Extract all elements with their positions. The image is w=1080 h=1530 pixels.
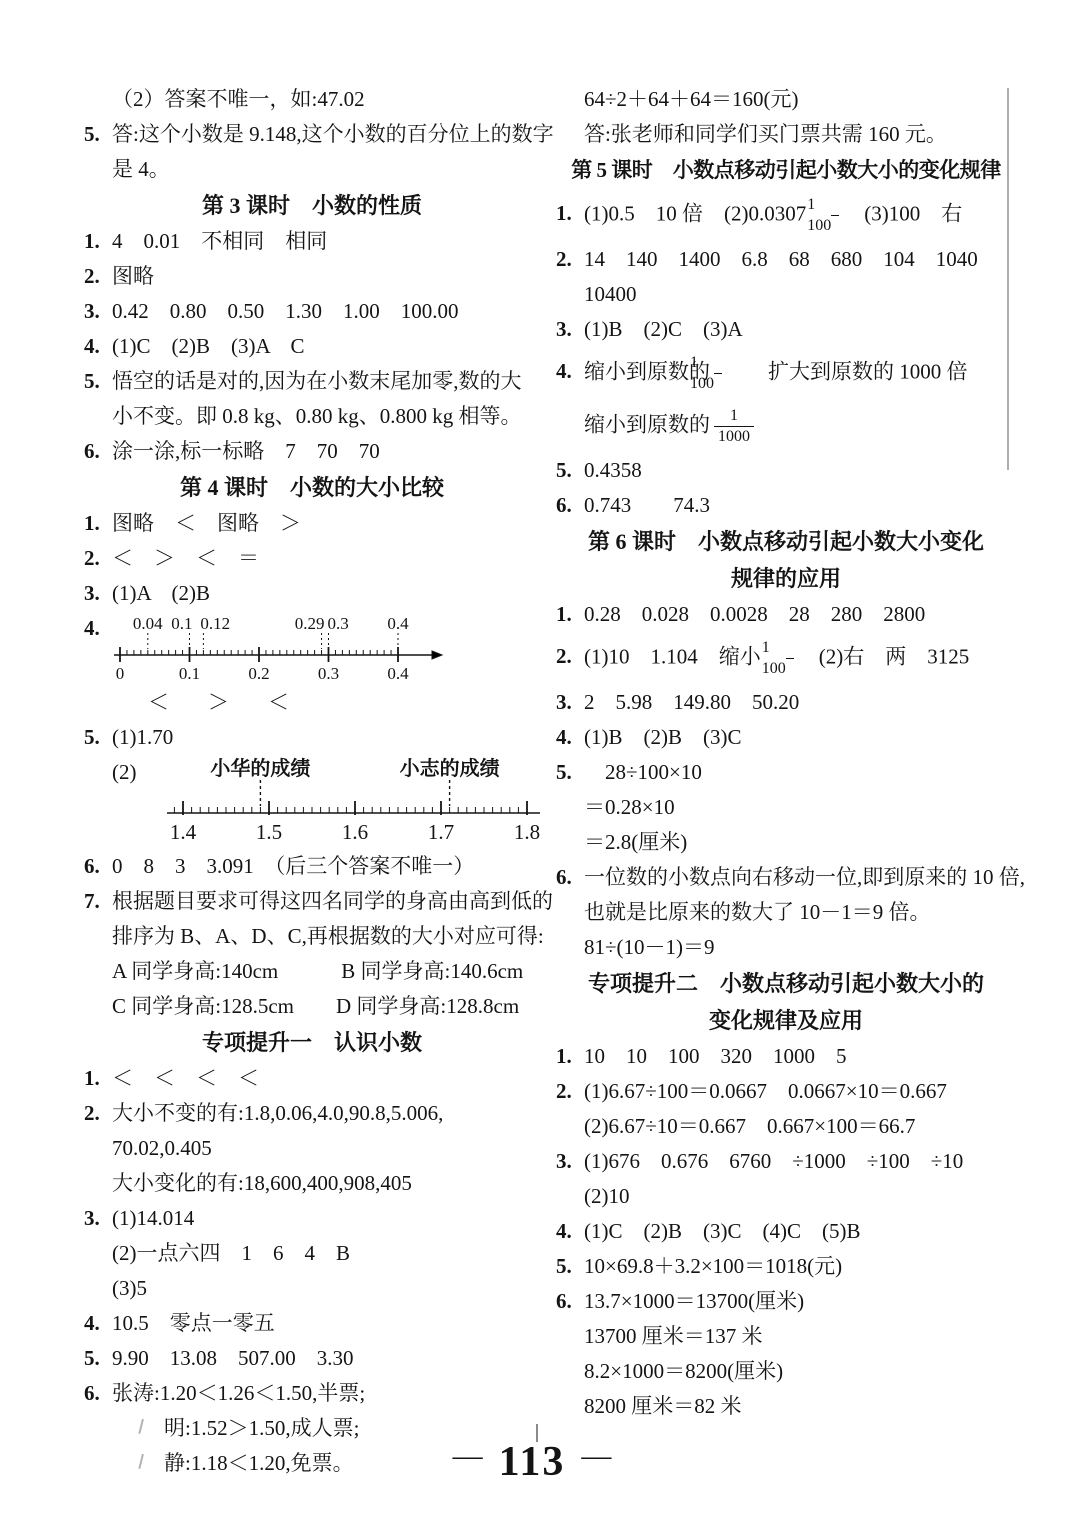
answer-text: C 同学身高:128.5cm D 同学身高:128.8cm bbox=[112, 994, 519, 1018]
answer-line: 排序为 B、A、D、C,再根据数的大小对应可得: bbox=[84, 919, 540, 954]
answer-text: 排序为 B、A、D、C,再根据数的大小对应可得: bbox=[112, 924, 544, 948]
answer-line: (3)5 bbox=[84, 1271, 540, 1306]
answer-line: 5.10×69.8＋3.2×100＝1018(元) bbox=[556, 1249, 1016, 1284]
answer-text: 81÷(10－1)＝9 bbox=[584, 935, 715, 959]
svg-text:小志的成绩: 小志的成绩 bbox=[399, 756, 499, 780]
answer-text: (1)1.70 bbox=[112, 725, 173, 749]
number-line-item: 4.00.10.20.30.40.040.10.120.290.30.4 bbox=[84, 611, 540, 685]
answer-line: 3.(1)A (2)B bbox=[84, 576, 540, 611]
answer-text: 10400 bbox=[584, 282, 637, 306]
item-number: 3. bbox=[84, 576, 112, 611]
svg-text:1.4: 1.4 bbox=[170, 820, 197, 844]
item-number: 5. bbox=[556, 453, 584, 488]
answer-text: 8200 厘米＝82 米 bbox=[584, 1394, 742, 1418]
item-number: 2. bbox=[556, 1074, 584, 1109]
svg-text:0.1: 0.1 bbox=[171, 614, 192, 633]
answer-line: 4.缩小到原数的1100 扩大到原数的 1000 倍 bbox=[556, 347, 1016, 400]
answer-line: ＜ ＞ ＜ bbox=[84, 685, 540, 720]
item-number: 1. bbox=[84, 224, 112, 259]
fraction-numerator: 1 bbox=[730, 406, 738, 426]
answer-text: 70.02,0.405 bbox=[112, 1136, 212, 1160]
answer-line: 4.(1)B (2)B (3)C bbox=[556, 720, 1016, 755]
svg-text:1.6: 1.6 bbox=[342, 820, 368, 844]
item-number: 2. bbox=[84, 541, 112, 576]
answer-text: 13.7×1000＝13700(厘米) bbox=[584, 1289, 804, 1313]
answer-text: (1)676 0.676 6760 ÷1000 ÷100 ÷10 bbox=[584, 1149, 963, 1173]
answer-text: 64÷2＋64＋64＝160(元) bbox=[584, 87, 799, 111]
answer-line: (2)6.67÷10＝0.667 0.667×100＝66.7 bbox=[556, 1109, 1016, 1144]
svg-text:小华的成绩: 小华的成绩 bbox=[210, 756, 310, 780]
answer-line: 8.2×1000＝8200(厘米) bbox=[556, 1354, 1016, 1389]
answer-text: (1)0.5 10 倍 (2)0.0307 bbox=[584, 201, 827, 225]
item-number: 5. bbox=[556, 755, 584, 790]
item-number: 2. bbox=[84, 1096, 112, 1131]
answer-line: 4.(1)C (2)B (3)C (4)C (5)B bbox=[556, 1214, 1016, 1249]
svg-text:0.04: 0.04 bbox=[133, 614, 163, 633]
section-header: 专项提升二 小数点移动引起小数大小的 bbox=[556, 965, 1016, 1002]
item-number: 2. bbox=[556, 242, 584, 277]
svg-text:0.2: 0.2 bbox=[248, 664, 269, 683]
answer-text: (2)10 bbox=[584, 1184, 630, 1208]
item-number: 4. bbox=[84, 329, 112, 364]
footer-dash-right: — bbox=[581, 1439, 611, 1472]
answer-text: (2)6.67÷10＝0.667 0.667×100＝66.7 bbox=[584, 1114, 915, 1138]
item-number: 3. bbox=[556, 312, 584, 347]
answer-line: 缩小到原数的11000 bbox=[556, 400, 1016, 453]
answer-line: 答:张老师和同学们买门票共需 160 元。 bbox=[556, 117, 1016, 152]
answer-text: (1)C (2)B (3)A C bbox=[112, 334, 305, 358]
answer-line: 1.图略 ＜ 图略 ＞ bbox=[84, 506, 540, 541]
answer-line: 2.＜ ＞ ＜ ＝ bbox=[84, 541, 540, 576]
answer-line: ＝0.28×10 bbox=[556, 790, 1016, 825]
answer-text: (3)5 bbox=[112, 1276, 147, 1300]
answer-line: 1.10 10 100 320 1000 5 bbox=[556, 1039, 1016, 1074]
answer-text: (1)C (2)B (3)C (4)C (5)B bbox=[584, 1219, 860, 1243]
answer-text: 缩小到原数的 bbox=[584, 412, 710, 436]
item-number: 1. bbox=[556, 597, 584, 632]
item-number: 4. bbox=[84, 611, 110, 646]
answer-text: 0.4358 bbox=[584, 458, 642, 482]
section-header: 第 6 课时 小数点移动引起小数大小变化 bbox=[556, 523, 1016, 560]
section-header: 第 4 课时 小数的大小比较 bbox=[84, 469, 540, 506]
answer-text: 图略 bbox=[112, 264, 154, 288]
svg-text:1.7: 1.7 bbox=[428, 820, 454, 844]
item-number: 4. bbox=[556, 1214, 584, 1249]
item-number: 1. bbox=[84, 506, 112, 541]
answer-text: 一位数的小数点向右移动一位,即到原来的 10 倍, bbox=[584, 865, 1025, 889]
answer-line: (2)一点六四 1 6 4 B bbox=[84, 1236, 540, 1271]
answer-line: 2.大小不变的有:1.8,0.06,4.0,90.8,5.006, bbox=[84, 1096, 540, 1131]
answer-text: 0 8 3 3.091 （后三个答案不唯一） bbox=[112, 854, 474, 878]
answer-line: 3.0.42 0.80 0.50 1.30 1.00 100.00 bbox=[84, 294, 540, 329]
number-line-item: (2)1.41.51.61.71.8小华的成绩小志的成绩 bbox=[84, 755, 540, 849]
answer-line: 10400 bbox=[556, 277, 1016, 312]
item-number: 5. bbox=[84, 720, 112, 755]
item-number: 6. bbox=[556, 1284, 584, 1319]
answer-text: 4 0.01 不相同 相同 bbox=[112, 229, 327, 253]
answer-line: 3.(1)14.014 bbox=[84, 1201, 540, 1236]
item-number: 2. bbox=[556, 639, 584, 674]
fraction-denominator: 100 bbox=[714, 373, 722, 394]
answer-text: ＜ ＞ ＜ bbox=[148, 690, 298, 714]
svg-text:0.4: 0.4 bbox=[387, 664, 409, 683]
answer-line: 2.(1)6.67÷100＝0.0667 0.0667×10＝0.667 bbox=[556, 1074, 1016, 1109]
item-number: 5. bbox=[84, 117, 112, 152]
fraction: 1100 bbox=[786, 638, 794, 679]
answer-line: 4.(1)C (2)B (3)A C bbox=[84, 329, 540, 364]
fraction-denominator: 100 bbox=[831, 215, 839, 236]
answer-line: 6.0.743 74.3 bbox=[556, 488, 1016, 523]
answer-text: 答:张老师和同学们买门票共需 160 元。 bbox=[584, 122, 947, 146]
answer-text: 明:1.52＞1.50,成人票; bbox=[164, 1416, 359, 1440]
answer-line: 2.(1)10 1.104 缩小 1100 (2)右 两 3125 bbox=[556, 632, 1016, 685]
item-number: 4. bbox=[556, 354, 584, 389]
answer-line: 4.10.5 零点一零五 bbox=[84, 1306, 540, 1341]
item-number: 7. bbox=[84, 884, 112, 919]
answer-line: 3.(1)B (2)C (3)A bbox=[556, 312, 1016, 347]
answer-line: 5.0.4358 bbox=[556, 453, 1016, 488]
answer-line: 1.(1)0.5 10 倍 (2)0.0307 1100 (3)100 右 bbox=[556, 189, 1016, 242]
answer-text: 根据题目要求可得这四名同学的身高由高到低的 bbox=[112, 889, 553, 913]
item-number: 6. bbox=[84, 1376, 112, 1411]
answer-line: 5.答:这个小数是 9.148,这个小数的百分位上的数字 bbox=[84, 117, 540, 152]
number-line-scores: 1.41.51.61.71.8小华的成绩小志的成绩 bbox=[161, 755, 540, 849]
section-header: 第 5 课时 小数点移动引起小数大小的变化规律 bbox=[556, 152, 1016, 189]
item-number: 3. bbox=[556, 1144, 584, 1179]
answer-text: ＝2.8(厘米) bbox=[584, 830, 687, 854]
item-number: 5. bbox=[84, 364, 112, 399]
answer-text: 大小变化的有:18,600,400,908,405 bbox=[112, 1171, 412, 1195]
answer-line: 1.4 0.01 不相同 相同 bbox=[84, 224, 540, 259]
item-number: 3. bbox=[84, 1201, 112, 1236]
answer-text: ＜ ＞ ＜ ＝ bbox=[112, 546, 259, 570]
answer-text: 图略 ＜ 图略 ＞ bbox=[112, 511, 301, 535]
answer-line: 6.0 8 3 3.091 （后三个答案不唯一） bbox=[84, 849, 540, 884]
answer-text: (1)B (2)C (3)A bbox=[584, 317, 743, 341]
answer-text: ＝0.28×10 bbox=[584, 795, 675, 819]
svg-text:0.4: 0.4 bbox=[387, 614, 409, 633]
svg-text:0: 0 bbox=[116, 664, 125, 683]
answer-text: 0.42 0.80 0.50 1.30 1.00 100.00 bbox=[112, 299, 459, 323]
fraction: 1100 bbox=[714, 353, 722, 394]
stray-scan-mark bbox=[138, 1419, 152, 1436]
answer-text: 答:这个小数是 9.148,这个小数的百分位上的数字 bbox=[112, 122, 554, 146]
item-number: 6. bbox=[84, 434, 112, 469]
answer-line: 5.(1)1.70 bbox=[84, 720, 540, 755]
answers-column-left: （2）答案不唯一，如:47.025.答:这个小数是 9.148,这个小数的百分位… bbox=[84, 82, 540, 1481]
footer-dash-left: — bbox=[453, 1439, 483, 1472]
svg-text:0.1: 0.1 bbox=[179, 664, 200, 683]
answer-line: 8200 厘米＝82 米 bbox=[556, 1389, 1016, 1424]
svg-text:1.5: 1.5 bbox=[256, 820, 282, 844]
answers-column-right: 64÷2＋64＋64＝160(元)答:张老师和同学们买门票共需 160 元。第 … bbox=[556, 82, 1016, 1424]
fraction: 11000 bbox=[714, 406, 754, 447]
answer-text: 涂一涂,标一标略 7 70 70 bbox=[112, 439, 380, 463]
scan-artifact-line bbox=[1007, 88, 1009, 470]
answer-text: (1)B (2)B (3)C bbox=[584, 725, 741, 749]
answer-line: 1.0.28 0.028 0.0028 28 280 2800 bbox=[556, 597, 1016, 632]
answer-text: 小不变。即 0.8 kg、0.80 kg、0.800 kg 相等。 bbox=[112, 404, 522, 428]
answer-line: （2）答案不唯一，如:47.02 bbox=[84, 82, 540, 117]
answer-line: 3.(1)676 0.676 6760 ÷1000 ÷100 ÷10 bbox=[556, 1144, 1016, 1179]
answer-text: (1)14.014 bbox=[112, 1206, 194, 1230]
section-header: 规律的应用 bbox=[556, 560, 1016, 597]
answer-line: A 同学身高:140cm B 同学身高:140.6cm bbox=[84, 954, 540, 989]
section-header: 变化规律及应用 bbox=[556, 1002, 1016, 1039]
answer-text: (2)右 两 3125 bbox=[798, 644, 970, 668]
answer-line: 6.涂一涂,标一标略 7 70 70 bbox=[84, 434, 540, 469]
section-header: 专项提升一 认识小数 bbox=[84, 1024, 540, 1061]
svg-text:0.29: 0.29 bbox=[295, 614, 325, 633]
answer-line: 5.9.90 13.08 507.00 3.30 bbox=[84, 1341, 540, 1376]
page-footer: —113— bbox=[0, 1438, 1072, 1486]
item-number: 1. bbox=[556, 196, 584, 231]
answer-line: (2)10 bbox=[556, 1179, 1016, 1214]
answer-line: 70.02,0.405 bbox=[84, 1131, 540, 1166]
answer-line: 81÷(10－1)＝9 bbox=[556, 930, 1016, 965]
item-number: 2. bbox=[84, 259, 112, 294]
item-number: 5. bbox=[556, 1249, 584, 1284]
fraction-denominator: 1000 bbox=[714, 426, 754, 447]
answer-text: 是 4。 bbox=[112, 157, 170, 181]
answer-line: 13700 厘米＝137 米 bbox=[556, 1319, 1016, 1354]
item-number: 6. bbox=[84, 849, 112, 884]
item-number: 1. bbox=[556, 1039, 584, 1074]
answer-line: 5.悟空的话是对的,因为在小数末尾加零,数的大 bbox=[84, 364, 540, 399]
answer-text: 8.2×1000＝8200(厘米) bbox=[584, 1359, 783, 1383]
section-header: 第 3 课时 小数的性质 bbox=[84, 187, 540, 224]
answer-text: 扩大到原数的 1000 倍 bbox=[726, 359, 968, 383]
answer-text: 10×69.8＋3.2×100＝1018(元) bbox=[584, 1254, 842, 1278]
number-line-0-to-0.4: 00.10.20.30.40.040.10.120.290.30.4 bbox=[110, 611, 450, 685]
answer-text: 0.743 74.3 bbox=[584, 493, 710, 517]
item-number: 1. bbox=[84, 1061, 112, 1096]
answer-line: 6.13.7×1000＝13700(厘米) bbox=[556, 1284, 1016, 1319]
answer-line: ＝2.8(厘米) bbox=[556, 825, 1016, 860]
answer-text: 10.5 零点一零五 bbox=[112, 1311, 275, 1335]
answer-text: 10 10 100 320 1000 5 bbox=[584, 1044, 847, 1068]
answer-text: 28÷100×10 bbox=[584, 760, 702, 784]
answer-text: (2)一点六四 1 6 4 B bbox=[112, 1241, 350, 1265]
answer-text: 张涛:1.20＜1.26＜1.50,半票; bbox=[112, 1381, 365, 1405]
answer-line: 1.＜ ＜ ＜ ＜ bbox=[84, 1061, 540, 1096]
page-number: 113 bbox=[499, 1439, 566, 1485]
item-number: 4. bbox=[84, 1306, 112, 1341]
answer-text: （2）答案不唯一，如:47.02 bbox=[112, 87, 365, 111]
answer-line: 6.一位数的小数点向右移动一位,即到原来的 10 倍, bbox=[556, 860, 1016, 895]
fraction: 1100 bbox=[831, 195, 839, 236]
answer-line: C 同学身高:128.5cm D 同学身高:128.8cm bbox=[84, 989, 540, 1024]
answer-text: (1)A (2)B bbox=[112, 581, 210, 605]
answer-text: 14 140 1400 6.8 68 680 104 1040 bbox=[584, 247, 978, 271]
answer-line: 也就是比原来的数大了 10－1＝9 倍。 bbox=[556, 895, 1016, 930]
item-number: 6. bbox=[556, 488, 584, 523]
answer-text: 大小不变的有:1.8,0.06,4.0,90.8,5.006, bbox=[112, 1101, 443, 1125]
answer-line: 6.张涛:1.20＜1.26＜1.50,半票; bbox=[84, 1376, 540, 1411]
svg-text:1.8: 1.8 bbox=[514, 820, 540, 844]
sub-item-label: (2) bbox=[84, 755, 161, 790]
answer-line: 是 4。 bbox=[84, 152, 540, 187]
answer-text: 悟空的话是对的,因为在小数末尾加零,数的大 bbox=[112, 369, 522, 393]
item-number: 3. bbox=[84, 294, 112, 329]
answer-line: 7.根据题目要求可得这四名同学的身高由高到低的 bbox=[84, 884, 540, 919]
answer-text: 13700 厘米＝137 米 bbox=[584, 1324, 763, 1348]
answer-text: 也就是比原来的数大了 10－1＝9 倍。 bbox=[584, 900, 931, 924]
answer-text: 9.90 13.08 507.00 3.30 bbox=[112, 1346, 354, 1370]
answer-line: 64÷2＋64＋64＝160(元) bbox=[556, 82, 1016, 117]
item-number: 5. bbox=[84, 1341, 112, 1376]
answer-line: 2.图略 bbox=[84, 259, 540, 294]
svg-text:0.3: 0.3 bbox=[318, 664, 339, 683]
item-number: 4. bbox=[556, 720, 584, 755]
fraction-denominator: 100 bbox=[786, 658, 794, 679]
item-number: 3. bbox=[556, 685, 584, 720]
item-number: 6. bbox=[556, 860, 584, 895]
answer-text: (3)100 右 bbox=[843, 201, 962, 225]
answer-line: 3.2 5.98 149.80 50.20 bbox=[556, 685, 1016, 720]
workbook-answer-page: （2）答案不唯一，如:47.025.答:这个小数是 9.148,这个小数的百分位… bbox=[0, 0, 1080, 1530]
answer-text: 2 5.98 149.80 50.20 bbox=[584, 690, 799, 714]
answer-text: ＜ ＜ ＜ ＜ bbox=[112, 1066, 259, 1090]
svg-text:0.12: 0.12 bbox=[200, 614, 230, 633]
answer-text: A 同学身高:140cm B 同学身高:140.6cm bbox=[112, 959, 523, 983]
answer-text: (1)6.67÷100＝0.0667 0.0667×10＝0.667 bbox=[584, 1079, 947, 1103]
answer-line: 5. 28÷100×10 bbox=[556, 755, 1016, 790]
answer-line: 大小变化的有:18,600,400,908,405 bbox=[84, 1166, 540, 1201]
answer-text: 0.28 0.028 0.0028 28 280 2800 bbox=[584, 602, 925, 626]
answer-text: (1)10 1.104 缩小 bbox=[584, 644, 782, 668]
answer-line: 2.14 140 1400 6.8 68 680 104 1040 bbox=[556, 242, 1016, 277]
answer-line: 小不变。即 0.8 kg、0.80 kg、0.800 kg 相等。 bbox=[84, 399, 540, 434]
svg-text:0.3: 0.3 bbox=[328, 614, 349, 633]
